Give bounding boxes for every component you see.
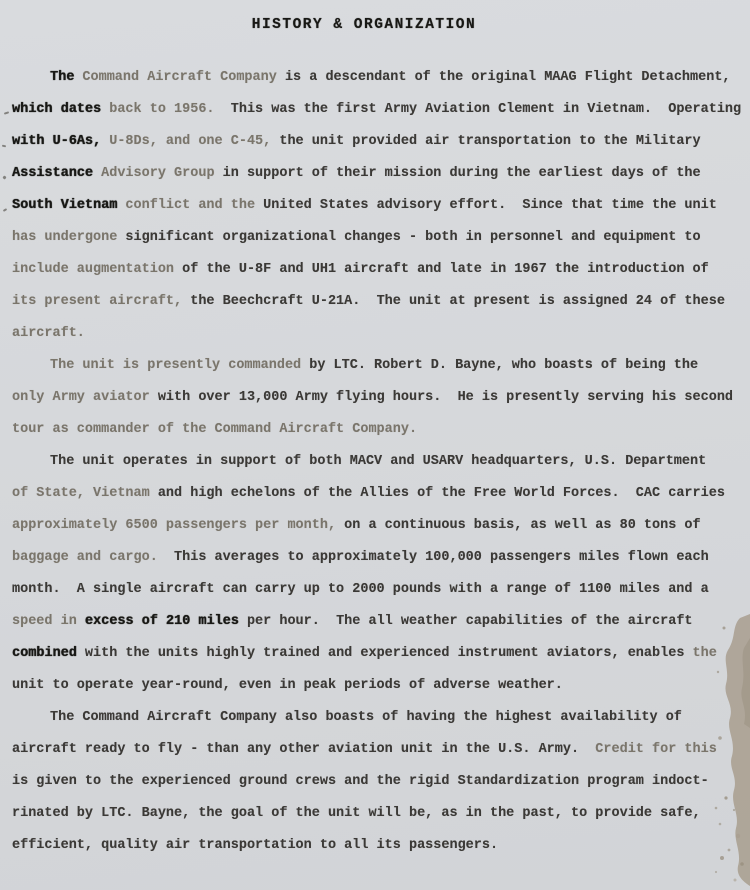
margin-tick-artifact (2, 175, 6, 179)
text-segment: Advisory Group (101, 166, 223, 181)
text-segment: aircraft ready to fly - than any other a… (12, 742, 579, 757)
text-segment: its present aircraft, (12, 294, 190, 309)
text-line: combined with the units highly trained a… (12, 638, 744, 670)
text-line: South Vietnam conflict and the United St… (12, 190, 744, 222)
text-segment: efficient, quality air transportation to… (12, 838, 498, 853)
text-segment: The Command Aircraft Company also boasts… (50, 710, 682, 725)
text-segment: by LTC. Robert D. Bayne, who boasts of b… (309, 358, 698, 373)
text-segment: month. A single aircraft can carry up to… (12, 582, 709, 597)
text-line: speed in excess of 210 miles per hour. T… (12, 606, 744, 638)
text-segment: U-8Ds, and one C-45, (109, 134, 279, 149)
text-segment: The (50, 70, 82, 85)
text-segment: per hour. The all weather capabilities o… (247, 614, 693, 629)
text-line: tour as commander of the Command Aircraf… (12, 414, 744, 446)
text-line: aircraft ready to fly - than any other a… (12, 734, 744, 766)
text-line: with U-6As, U-8Ds, and one C-45, the uni… (12, 126, 744, 158)
text-line: include augmentation of the U-8F and UH1… (12, 254, 744, 286)
text-line: unit to operate year-round, even in peak… (12, 670, 744, 702)
text-segment: This averages to approximately 100,000 p… (158, 550, 709, 565)
text-line: baggage and cargo. This averages to appr… (12, 542, 744, 574)
text-segment: only Army aviator (12, 390, 158, 405)
text-segment: approximately 6500 passengers per month, (12, 518, 344, 533)
text-segment: the (693, 646, 717, 661)
text-segment: conflict and the (125, 198, 263, 213)
text-segment: unit to operate year-round, even in peak… (12, 678, 563, 693)
text-line: approximately 6500 passengers per month,… (12, 510, 744, 542)
text-line: of State, Vietnam and high echelons of t… (12, 478, 744, 510)
text-segment: aircraft. (12, 326, 85, 341)
text-line: efficient, quality air transportation to… (12, 830, 744, 862)
text-segment: with U-6As, (12, 134, 109, 149)
text-segment: The unit operates in support of both MAC… (50, 454, 706, 469)
text-line: its present aircraft, the Beechcraft U-2… (12, 286, 744, 318)
paragraph: The Command Aircraft Company is a descen… (12, 62, 744, 350)
text-segment: Command Aircraft Company (82, 70, 285, 85)
margin-tick-artifact (4, 111, 9, 114)
text-segment: baggage and cargo. (12, 550, 158, 565)
text-line: only Army aviator with over 13,000 Army … (12, 382, 744, 414)
text-line: The unit operates in support of both MAC… (12, 446, 744, 478)
text-segment: combined (12, 646, 85, 661)
text-line: The Command Aircraft Company is a descen… (12, 62, 744, 94)
text-segment: rinated by LTC. Bayne, the goal of the u… (12, 806, 701, 821)
text-segment: South Vietnam (12, 198, 125, 213)
text-line: rinated by LTC. Bayne, the goal of the u… (12, 798, 744, 830)
text-segment: This was the first Army Aviation Clement… (215, 102, 742, 117)
text-segment: speed in (12, 614, 85, 629)
text-segment: the unit provided air transportation to … (279, 134, 700, 149)
paragraph: The unit is presently commanded by LTC. … (12, 350, 744, 446)
text-line: aircraft. (12, 318, 744, 350)
text-segment: excess of 210 miles (85, 614, 247, 629)
document-page: HISTORY & ORGANIZATION The Command Aircr… (0, 0, 750, 890)
text-segment: which dates (12, 102, 109, 117)
document-content: HISTORY & ORGANIZATION The Command Aircr… (12, 16, 744, 862)
text-segment: back to 1956. (109, 102, 214, 117)
paragraphs-container: The Command Aircraft Company is a descen… (12, 62, 744, 862)
text-line: has undergone significant organizational… (12, 222, 744, 254)
text-line: month. A single aircraft can carry up to… (12, 574, 744, 606)
paragraph: The unit operates in support of both MAC… (12, 446, 744, 702)
text-line: The unit is presently commanded by LTC. … (12, 350, 744, 382)
text-segment: the Beechcraft U-21A. The unit at presen… (190, 294, 725, 309)
text-segment: tour as commander of the Command Aircraf… (12, 422, 417, 437)
text-segment: is a descendant of the original MAAG Fli… (285, 70, 731, 85)
text-line: Assistance Advisory Group in support of … (12, 158, 744, 190)
margin-tick-artifact (2, 145, 6, 148)
text-segment: Assistance (12, 166, 101, 181)
text-segment: of State, Vietnam (12, 486, 158, 501)
text-segment: significant organizational changes - bot… (125, 230, 700, 245)
text-segment: has undergone (12, 230, 125, 245)
text-line: is given to the experienced ground crews… (12, 766, 744, 798)
text-segment: on a continuous basis, as well as 80 ton… (344, 518, 700, 533)
text-segment: Credit for this (579, 742, 717, 757)
text-segment: of the U-8F and UH1 aircraft and late in… (182, 262, 709, 277)
text-segment: include augmentation (12, 262, 182, 277)
text-line: The Command Aircraft Company also boasts… (12, 702, 744, 734)
margin-tick-artifact (3, 208, 7, 212)
text-line: which dates back to 1956. This was the f… (12, 94, 744, 126)
text-segment: United States advisory effort. Since tha… (263, 198, 717, 213)
text-segment: with the units highly trained and experi… (85, 646, 693, 661)
text-segment: with over 13,000 Army flying hours. He i… (158, 390, 733, 405)
page-title: HISTORY & ORGANIZATION (0, 16, 730, 34)
text-segment: and high echelons of the Allies of the F… (158, 486, 725, 501)
text-segment: in support of their mission during the e… (223, 166, 701, 181)
text-segment: The unit is presently commanded (50, 358, 309, 373)
paragraph: The Command Aircraft Company also boasts… (12, 702, 744, 862)
text-segment: is given to the experienced ground crews… (12, 774, 709, 789)
